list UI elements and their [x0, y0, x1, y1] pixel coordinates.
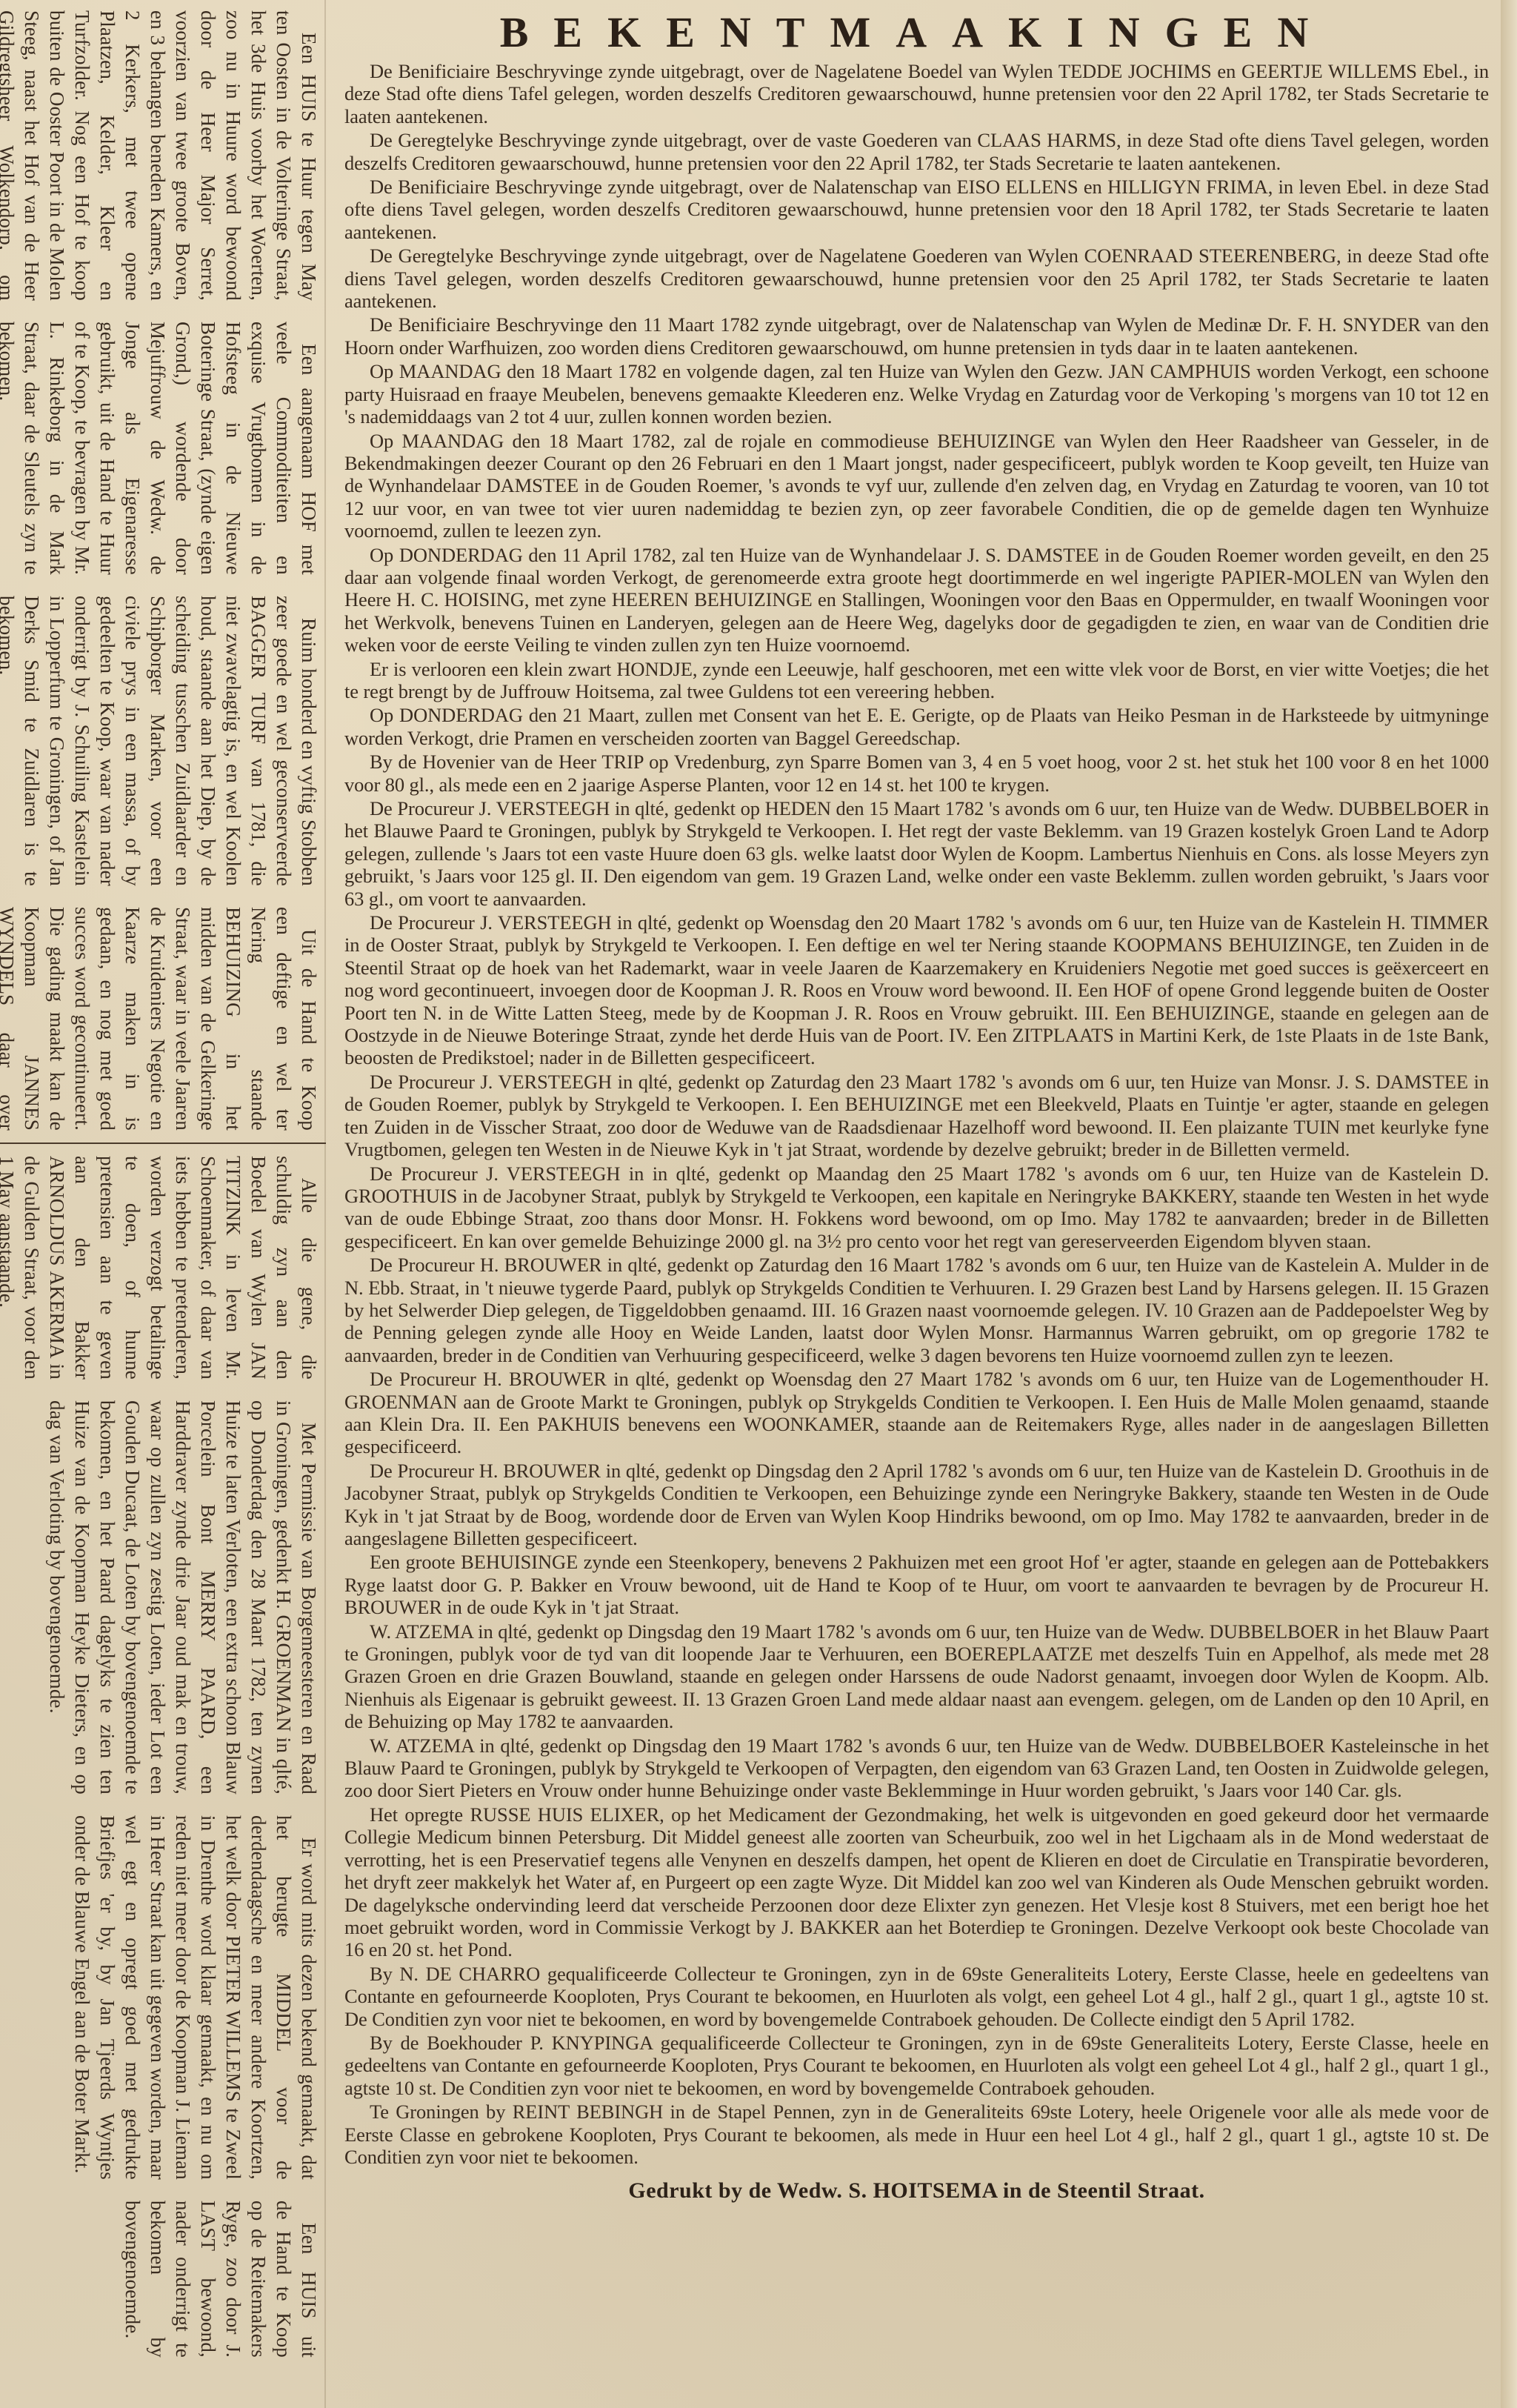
notice-brouwer-2: De Procureur H. BROUWER in qlté, gedenkt… [344, 1368, 1489, 1458]
side-notice-merry-paard: Met Permissie van Borgemeesteren en Raad… [0, 1390, 326, 1805]
notice-sparre-bomen: By de Hovenier van de Heer TRIP op Vrede… [344, 751, 1489, 796]
masthead-title: BEKENTMAAKINGEN [344, 7, 1489, 57]
notice-brouwer-3: De Procureur H. BROUWER in qlté, gedenkt… [344, 1460, 1489, 1550]
side-notice-bagger-turf: Ruim honderd en vyftig Stobben zeer goed… [0, 585, 326, 897]
side-notice-titzink: Alle die gene, die schuldig zyn aan den … [0, 1145, 326, 1390]
notice-steerenberg: De Geregtelyke Beschryvinge zynde uitgeb… [344, 245, 1489, 312]
notice-hondje: Er is verlooren een klein zwart HONDJE, … [344, 658, 1489, 703]
notice-atzema-2: W. ATZEMA in qlté, gedenkt op Dingsdag d… [344, 1735, 1489, 1802]
main-column: BEKENTMAAKINGEN De Benificiaire Beschryv… [330, 0, 1496, 2204]
notice-gesseler: Op MAANDAG den 18 Maart 1782, zal de roj… [344, 430, 1489, 542]
side-column-rotated: Een HUIS te Huur tegen May ten Oosten in… [0, 0, 326, 2408]
side-notice-huis-te-huur: Een HUIS te Huur tegen May ten Oosten in… [0, 0, 326, 311]
notice-steenkopery: Een groote BEHUISINGE zynde een Steenkop… [344, 1551, 1489, 1618]
notice-bebingh: Te Groningen by REINT BEBINGH in de Stap… [344, 2101, 1489, 2168]
notice-versteegh-4: De Procureur J. VERSTEEGH in in qlté, ge… [344, 1163, 1489, 1253]
side-notice-huis-last: Een HUIS uit de Hand te Koop op de Reite… [0, 2190, 326, 2368]
notice-eiso-ellens: De Benificiaire Beschryvinge zynde uitge… [344, 176, 1489, 243]
side-column-content: Een HUIS te Huur tegen May ten Oosten in… [0, 0, 326, 2371]
printer-colophon: Gedrukt by de Wedw. S. HOITSEMA in de St… [344, 2178, 1489, 2204]
notice-snyder: De Benificiaire Beschryvinge den 11 Maar… [344, 313, 1489, 359]
page-edge [1501, 0, 1517, 2408]
notice-camphuis: Op MAANDAG den 18 Maart 1782 en volgende… [344, 360, 1489, 428]
notice-jochims: De Benificiaire Beschryvinge zynde uitge… [344, 60, 1489, 127]
notice-de-charro: By N. DE CHARRO gequalificeerde Collecte… [344, 1963, 1489, 2030]
notice-atzema-1: W. ATZEMA in qlté, gedenkt op Dingsdag d… [344, 1620, 1489, 1733]
notice-versteegh-3: De Procureur J. VERSTEEGH in qlté, geden… [344, 1071, 1489, 1161]
notice-versteegh-2: De Procureur J. VERSTEEGH in qlté, geden… [344, 911, 1489, 1069]
side-notice-behuizing: Uit de Hand te Koop een deftige en wel t… [0, 897, 326, 1141]
notice-claas-harms: De Geregtelyke Beschryvinge zynde uitgeb… [344, 129, 1489, 174]
notice-elixer: Het opregte RUSSE HUIS ELIXER, op het Me… [344, 1803, 1489, 1961]
notice-papier-molen: Op DONDERDAG den 11 April 1782, zal ten … [344, 544, 1489, 656]
notice-versteegh-1: De Procureur J. VERSTEEGH in qlté, geden… [344, 797, 1489, 910]
notice-knypinga: By de Boekhouder P. KNYPINGA gequalifice… [344, 2032, 1489, 2099]
side-notice-hof: Een aangenaam HOF met veele Commoditeite… [0, 311, 326, 585]
side-divider [0, 1143, 326, 1144]
side-notice-middel: Er word mits dezen bekend gemaakt, dat h… [0, 1805, 326, 2190]
notice-pramen: Op DONDERDAG den 21 Maart, zullen met Co… [344, 704, 1489, 749]
notice-brouwer-1: De Procureur H. BROUWER in qlté, gedenkt… [344, 1254, 1489, 1366]
